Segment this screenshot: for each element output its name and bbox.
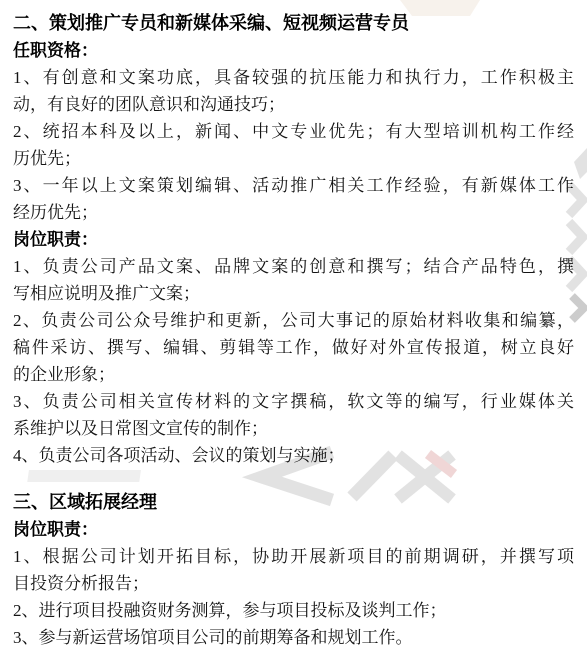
label-qualifications: 任职资格： [13,37,574,64]
text-line: 3、负责公司相关宣传材料的文字撰稿，软文等的编写，行业媒体关 [13,388,574,415]
text-line: 2、负责公司公众号维护和更新，公司大事记的原始材料收集和编纂， [13,307,574,334]
document-body: 二、策划推广专员和新媒体采编、短视频运营专员 任职资格： 1、有创意和文案功底，… [0,0,587,651]
text-line: 3、一年以上文案策划编辑、活动推广相关工作经验，有新媒体工作 [13,172,574,199]
text-line: 经历优先； [13,199,574,226]
text-line: 的企业形象； [13,361,574,388]
section-heading-3: 三、区域拓展经理 [13,489,574,516]
text-line: 3、参与新运营场馆项目公司的前期筹备和规划工作。 [13,624,574,651]
text-line: 2、统招本科及以上，新闻、中文专业优先；有大型培训机构工作经 [13,118,574,145]
text-line: 目投资分析报告； [13,570,574,597]
text-line: 1、根据公司计划开拓目标，协助开展新项目的前期调研，并撰写项 [13,543,574,570]
document-page: 二、策划推广专员和新媒体采编、短视频运营专员 任职资格： 1、有创意和文案功底，… [0,0,587,652]
label-responsibilities-2: 岗位职责： [13,516,574,543]
text-line: 稿件采访、撰写、编辑、剪辑等工作，做好对外宣传报道，树立良好 [13,334,574,361]
text-line: 写相应说明及推广文案； [13,280,574,307]
text-line: 系维护以及日常图文宣传的制作； [13,415,574,442]
section-gap [13,469,574,489]
text-line: 1、有创意和文案功底，具备较强的抗压能力和执行力，工作积极主 [13,64,574,91]
text-line: 1、负责公司产品文案、品牌文案的创意和撰写；结合产品特色，撰 [13,253,574,280]
text-line: 4、负责公司各项活动、会议的策划与实施； [13,442,574,469]
label-responsibilities-1: 岗位职责： [13,226,574,253]
text-line: 历优先； [13,145,574,172]
section-heading-2: 二、策划推广专员和新媒体采编、短视频运营专员 [13,10,574,37]
text-line: 2、进行项目投融资财务测算，参与项目投标及谈判工作； [13,597,574,624]
text-line: 动，有良好的团队意识和沟通技巧； [13,91,574,118]
